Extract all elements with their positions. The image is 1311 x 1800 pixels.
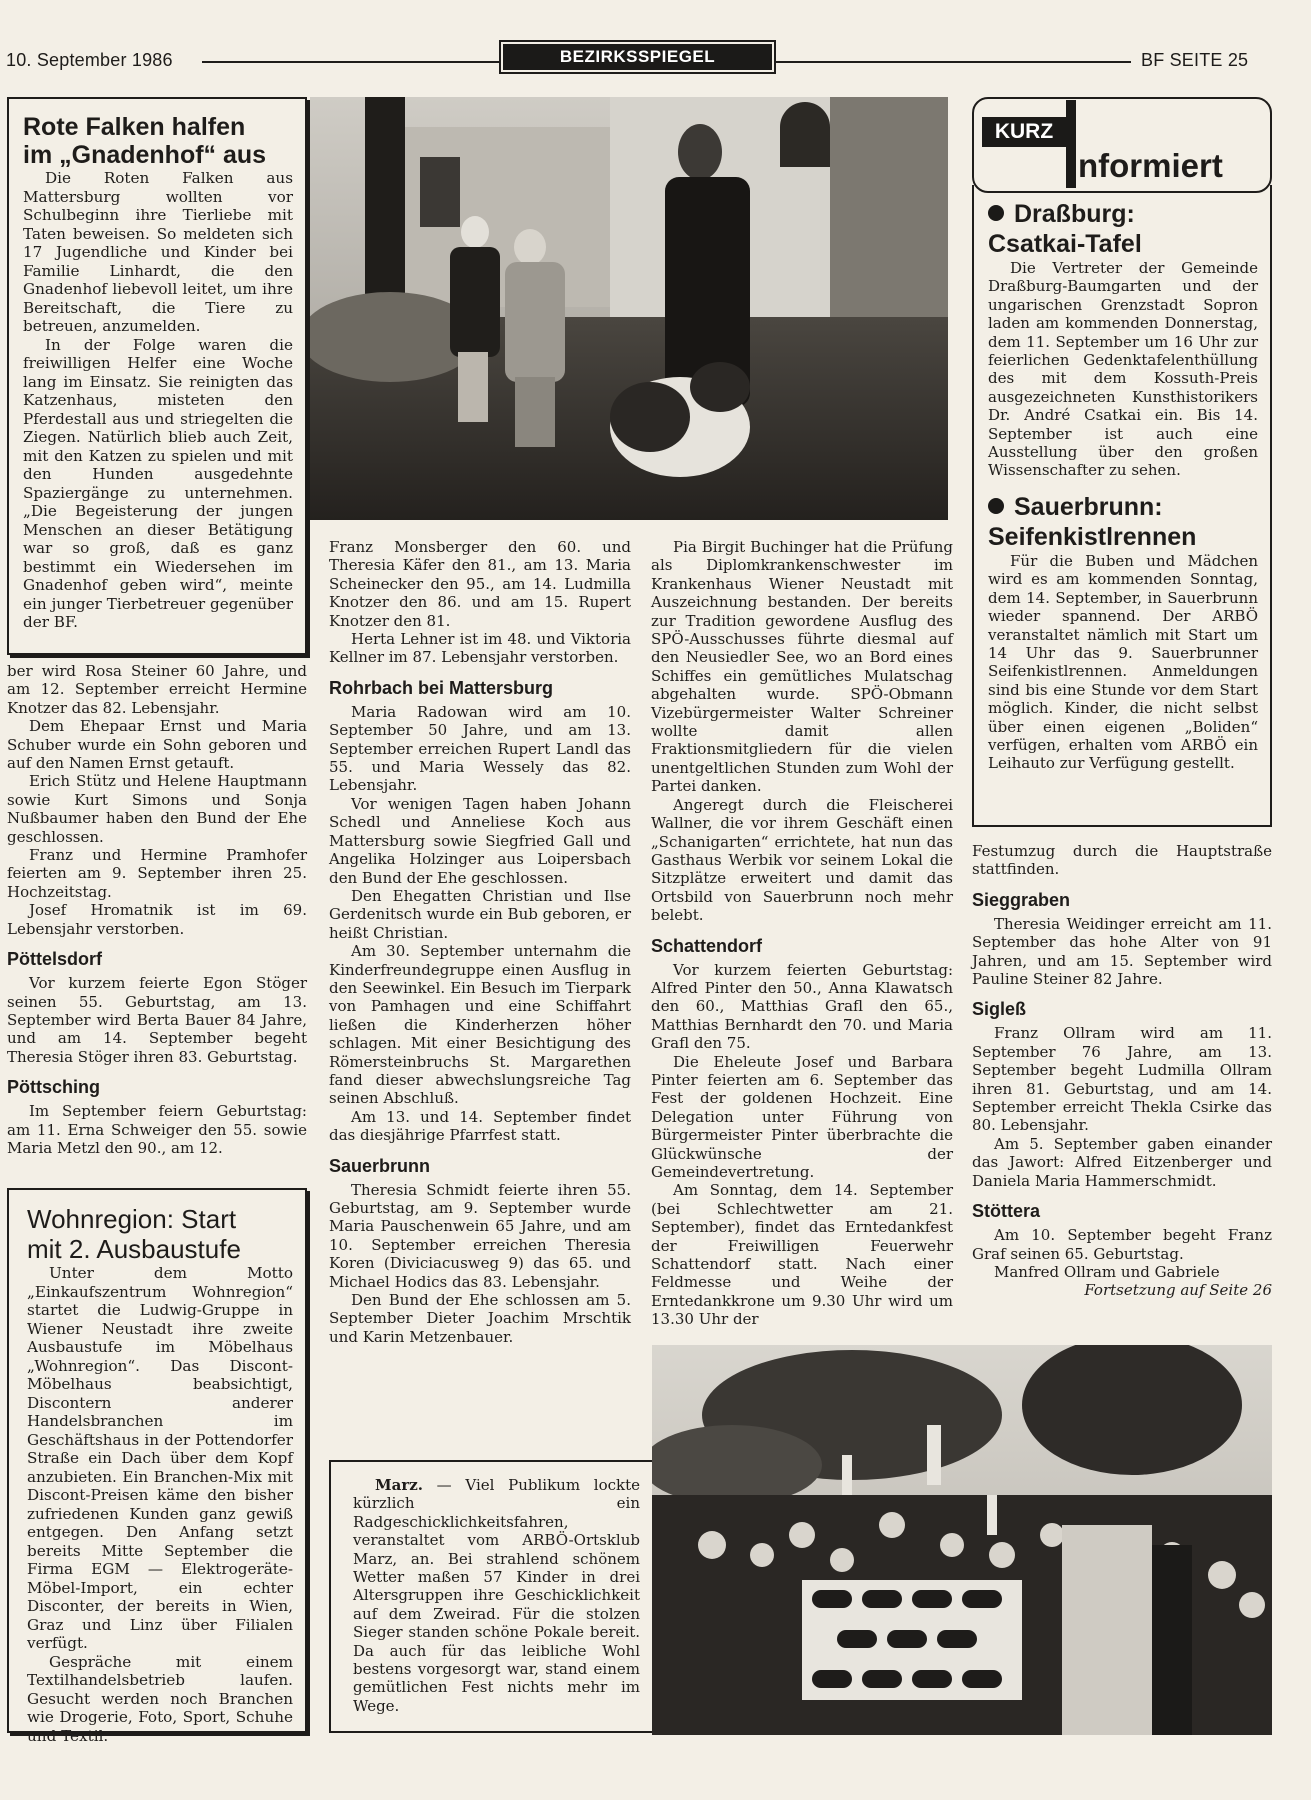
paragraph: Am Sonntag, dem 14. September (bei Schle… [651, 1181, 953, 1328]
paragraph: Manfred Ollram und Gabriele [972, 1263, 1272, 1281]
headline-line-1: Draßburg: [1014, 200, 1135, 228]
paragraph: Die Roten Falken aus Mattersburg wollten… [23, 169, 293, 336]
article-body: Unter dem Motto „Einkaufszentrum Wohnreg… [27, 1264, 293, 1745]
kurz-item-2-headline: Sauerbrunn: [988, 492, 1258, 522]
headline-line-1: Rote Falken halfen [23, 113, 293, 141]
section-heading-sauerbrunn: Sauerbrunn [329, 1155, 631, 1177]
section-heading-sieggraben: Sieggraben [972, 889, 1272, 911]
paragraph: Vor kurzem feierten Geburtstag: Alfred P… [651, 961, 953, 1053]
kurz-informiert-title: nformiert [1078, 148, 1223, 184]
kurz-informiert-box: Draßburg: Csatkai-Tafel Die Vertreter de… [972, 185, 1272, 827]
paragraph: Vor wenigen Tagen haben Johann Schedl un… [329, 795, 631, 887]
paragraph: Am 13. und 14. September findet das dies… [329, 1108, 631, 1145]
column-1-news: ber wird Rosa Steiner 60 Jahre, und am 1… [7, 662, 307, 1157]
article-rote-falken: Rote Falken halfen im „Gnadenhof“ aus Di… [7, 97, 307, 655]
kurz-item-1-body: Die Vertreter der Gemeinde Draßburg-Baum… [988, 259, 1258, 480]
paragraph: Am 5. September gaben einander das Jawor… [972, 1135, 1272, 1190]
section-heading-poettsching: Pöttsching [7, 1076, 307, 1098]
photo-crowd-image [652, 1345, 1272, 1735]
paragraph: Die Eheleute Josef und Barbara Pinter fe… [651, 1053, 953, 1182]
bullet-icon [988, 205, 1004, 221]
paragraph: Vor kurzem feierte Egon Stöger seinen 55… [7, 974, 307, 1066]
kurz-tag: KURZ [982, 117, 1066, 147]
paragraph: Unter dem Motto „Einkaufszentrum Wohnreg… [27, 1264, 293, 1653]
section-heading-schattendorf: Schattendorf [651, 935, 953, 957]
article-wohnregion: Wohnregion: Start mit 2. Ausbaustufe Unt… [7, 1188, 307, 1733]
column-3-news: Pia Birgit Buchinger hat die Prüfung als… [651, 538, 953, 1329]
kurz-item-2-headline-2: Seifenkistlrennen [988, 522, 1258, 552]
kurz-i-bar [1066, 100, 1076, 188]
paragraph: Den Ehegatten Christian und Ilse Gerdeni… [329, 887, 631, 942]
headline-line-2: mit 2. Ausbaustufe [27, 1234, 293, 1264]
paragraph: Franz Monsberger den 60. und Theresia Kä… [329, 538, 631, 630]
continuation-note: Fortsetzung auf Seite 26 [972, 1281, 1272, 1299]
paragraph: Gespräche mit einem Textilhandelsbetrieb… [27, 1653, 293, 1746]
marz-caption: Marz. — Viel Publikum lockte kürzlich ei… [353, 1476, 640, 1715]
paragraph: Die Vertreter der Gemeinde Draßburg-Baum… [988, 259, 1258, 480]
paragraph: Für die Buben und Mädchen wird es am kom… [988, 552, 1258, 773]
paragraph: Im September feiern Geburtstag: am 11. E… [7, 1102, 307, 1157]
paragraph: Erich Stütz und Helene Hauptmann sowie K… [7, 772, 307, 846]
section-heading-sigless: Sigleß [972, 998, 1272, 1020]
photo-farmyard-image [310, 97, 948, 520]
section-title-box: BEZIRKSSPIEGEL [499, 40, 776, 74]
paragraph: Den Bund der Ehe schlossen am 5. Septemb… [329, 1291, 631, 1346]
section-heading-poettelsdorf: Pöttelsdorf [7, 948, 307, 970]
section-heading-rohrbach: Rohrbach bei Mattersburg [329, 677, 631, 699]
paragraph: Angeregt durch die Fleischerei Wallner, … [651, 796, 953, 925]
headline-line-2: im „Gnadenhof“ aus [23, 141, 293, 169]
caption-text: — Viel Publikum lockte kürzlich ein Radg… [353, 1476, 640, 1715]
paragraph: Josef Hromatnik ist im 69. Lebensjahr ve… [7, 901, 307, 938]
kurz-item-2-body: Für die Buben und Mädchen wird es am kom… [988, 552, 1258, 773]
photo-gnadenhof [310, 97, 948, 520]
headline-line-1: Wohnregion: Start [27, 1204, 293, 1234]
marz-caption-box: Marz. — Viel Publikum lockte kürzlich ei… [329, 1460, 654, 1733]
masthead-rule-right [776, 61, 1131, 63]
paragraph: In der Folge waren die freiwilligen Helf… [23, 336, 293, 632]
column-2-news: Franz Monsberger den 60. und Theresia Kä… [329, 538, 631, 1346]
paragraph: Franz und Hermine Pramhofer feierten am … [7, 846, 307, 901]
paragraph: Dem Ehepaar Ernst und Maria Schuber wurd… [7, 717, 307, 772]
paragraph: Franz Ollram wird am 11. September 76 Ja… [972, 1024, 1272, 1134]
headline-line-1: Sauerbrunn: [1014, 493, 1163, 521]
section-title: BEZIRKSSPIEGEL [503, 44, 772, 70]
issue-date: 10. September 1986 [6, 50, 173, 71]
column-4-news: Festumzug durch die Hauptstraße stattfin… [972, 842, 1272, 1299]
paragraph: Festumzug durch die Hauptstraße stattfin… [972, 842, 1272, 879]
kurz-item-1-headline-2: Csatkai-Tafel [988, 229, 1258, 259]
masthead-rule-left [202, 61, 499, 63]
caption-lead: Marz. [375, 1476, 423, 1494]
photo-marz-event [652, 1345, 1272, 1735]
paragraph: Am 30. September unternahm die Kinderfre… [329, 942, 631, 1108]
article-body: Die Roten Falken aus Mattersburg wollten… [23, 169, 293, 632]
paragraph: Theresia Schmidt feierte ihren 55. Gebur… [329, 1181, 631, 1291]
paragraph: Am 10. September begeht Franz Graf seine… [972, 1226, 1272, 1263]
paragraph: Herta Lehner ist im 48. und Viktoria Kel… [329, 630, 631, 667]
kurz-item-1-headline: Draßburg: [988, 199, 1258, 229]
paragraph: ber wird Rosa Steiner 60 Jahre, und am 1… [7, 662, 307, 717]
page-number: BF SEITE 25 [1141, 50, 1248, 71]
paragraph: Pia Birgit Buchinger hat die Prüfung als… [651, 538, 953, 796]
section-heading-stoettera: Stöttera [972, 1200, 1272, 1222]
paragraph: Maria Radowan wird am 10. September 50 J… [329, 703, 631, 795]
paragraph: Theresia Weidinger erreicht am 11. Septe… [972, 915, 1272, 989]
bullet-icon [988, 498, 1004, 514]
